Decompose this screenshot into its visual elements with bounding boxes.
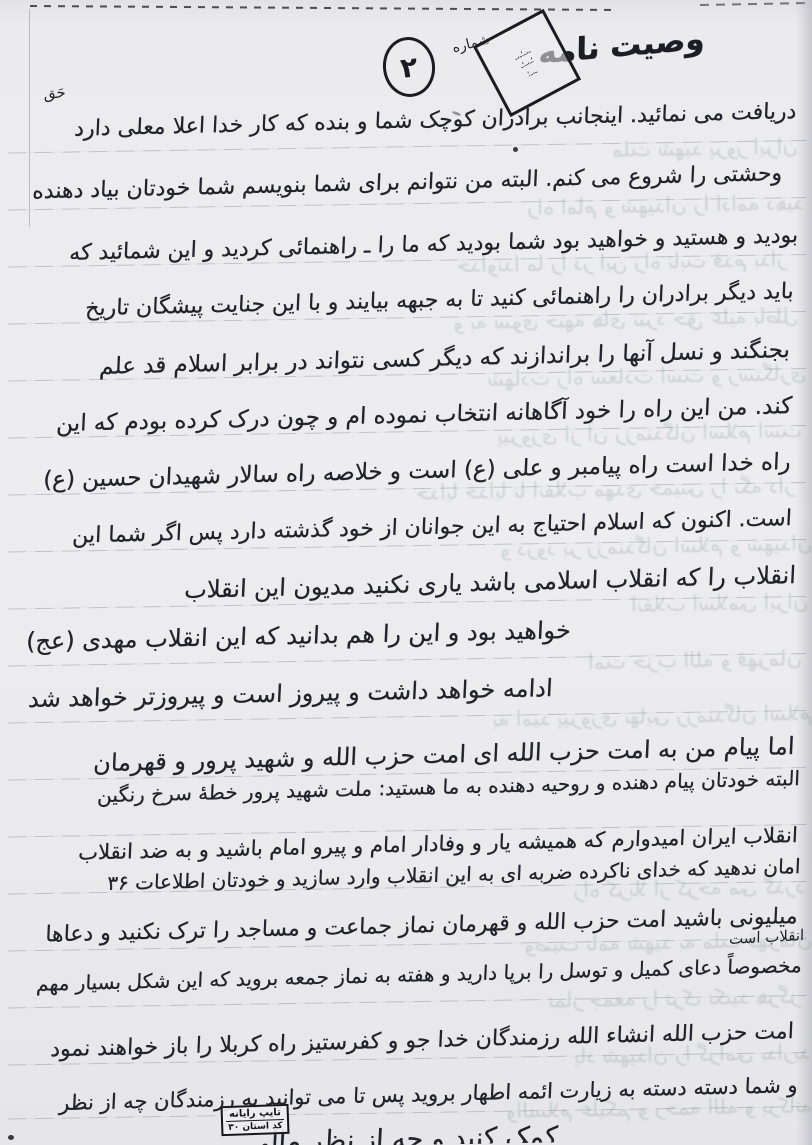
ink-speck xyxy=(513,147,518,152)
scan-edge-left xyxy=(29,9,30,227)
inline-correction: حَق xyxy=(44,83,66,102)
clipped-bottom-line: کمک کنید و چه از نظر مالی xyxy=(247,1121,558,1145)
verification-stamp: ـ،ـ؛ـ،ـ ؛ـ،ـ؛ـ ـ،ـ؛ xyxy=(473,9,581,117)
bleedthrough-line: به امید پیروزی نهایی رزمندگان اسلام xyxy=(491,703,812,730)
bleedthrough-line: نماز جمعه را ترک نکنید هرگز xyxy=(548,986,800,1012)
ink-speck xyxy=(8,1135,14,1140)
typist-stamp: تایپ رایانه کد استان ۳۰ xyxy=(220,1104,289,1136)
scan-edge-top-right xyxy=(700,2,808,6)
page-number-circle: ٢ xyxy=(380,34,439,100)
handwriting-line: خواهید بود و این را هم بدانید که این انق… xyxy=(25,615,571,656)
bleedthrough-line: انقلاب اسلامی ایران xyxy=(631,591,809,615)
handwriting-line: ادامه خواهد داشت و پیروز است و پیروزتر خ… xyxy=(27,673,553,714)
bleedthrough-line: ملت شهید پرور ایران xyxy=(612,136,798,161)
bleedthrough-line: راه امام و شهیدان را ادامه دهید xyxy=(527,192,804,218)
typist-stamp-code: کد استان ۳۰ xyxy=(226,1120,285,1133)
page-number: ٢ xyxy=(399,50,420,85)
bleedthrough-line: امت حزب الله و قهرمان xyxy=(588,648,802,673)
scan-edge-top xyxy=(30,5,618,11)
scanned-handwritten-will-page: ملت شهید پرور ایران راه امام و شهیدان را… xyxy=(0,0,812,1145)
